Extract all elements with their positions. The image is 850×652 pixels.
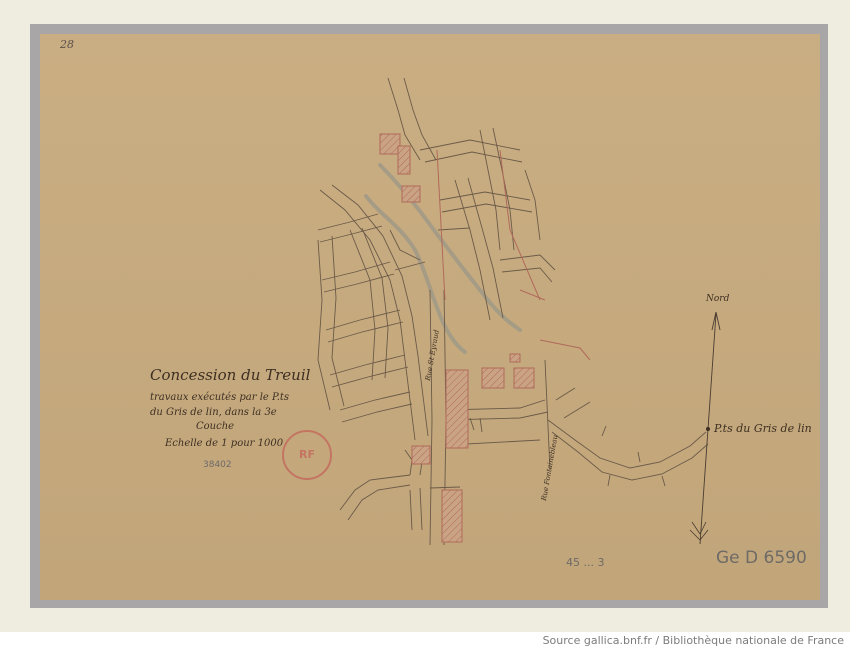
call-number: Ge D 6590 (716, 548, 807, 568)
map-title: Concession du Treuil (150, 366, 310, 384)
scale-line: Echelle de 1 pour 1000 (165, 438, 283, 449)
worked-areas (380, 134, 534, 542)
corner-mark: 28 (60, 38, 74, 51)
image-viewer: 28 Concession du Treuil travaux exécutés… (0, 0, 850, 632)
subtitle-line-2: du Gris de lin, dans la 3e (150, 407, 277, 418)
street-network-left (318, 185, 428, 440)
source-credit: Source gallica.bnf.fr / Bibliothèque nat… (543, 634, 844, 647)
stream-branch (380, 165, 520, 330)
pencil-note: 45 ... 3 (566, 556, 604, 569)
mine-plan-drawing (0, 0, 850, 632)
north-label: Nord (706, 294, 729, 304)
eastern-gallery (548, 388, 708, 486)
subtitle-line-3: Couche (196, 421, 234, 432)
inventory-number: 38402 (203, 460, 232, 470)
bnf-stamp: RF (282, 430, 332, 480)
shaft-label: P.ts du Gris de lin (714, 422, 812, 435)
footer-bar: Source gallica.bnf.fr / Bibliothèque nat… (0, 632, 850, 652)
subtitle-line-1: travaux exécutés par le P.ts (150, 392, 289, 403)
